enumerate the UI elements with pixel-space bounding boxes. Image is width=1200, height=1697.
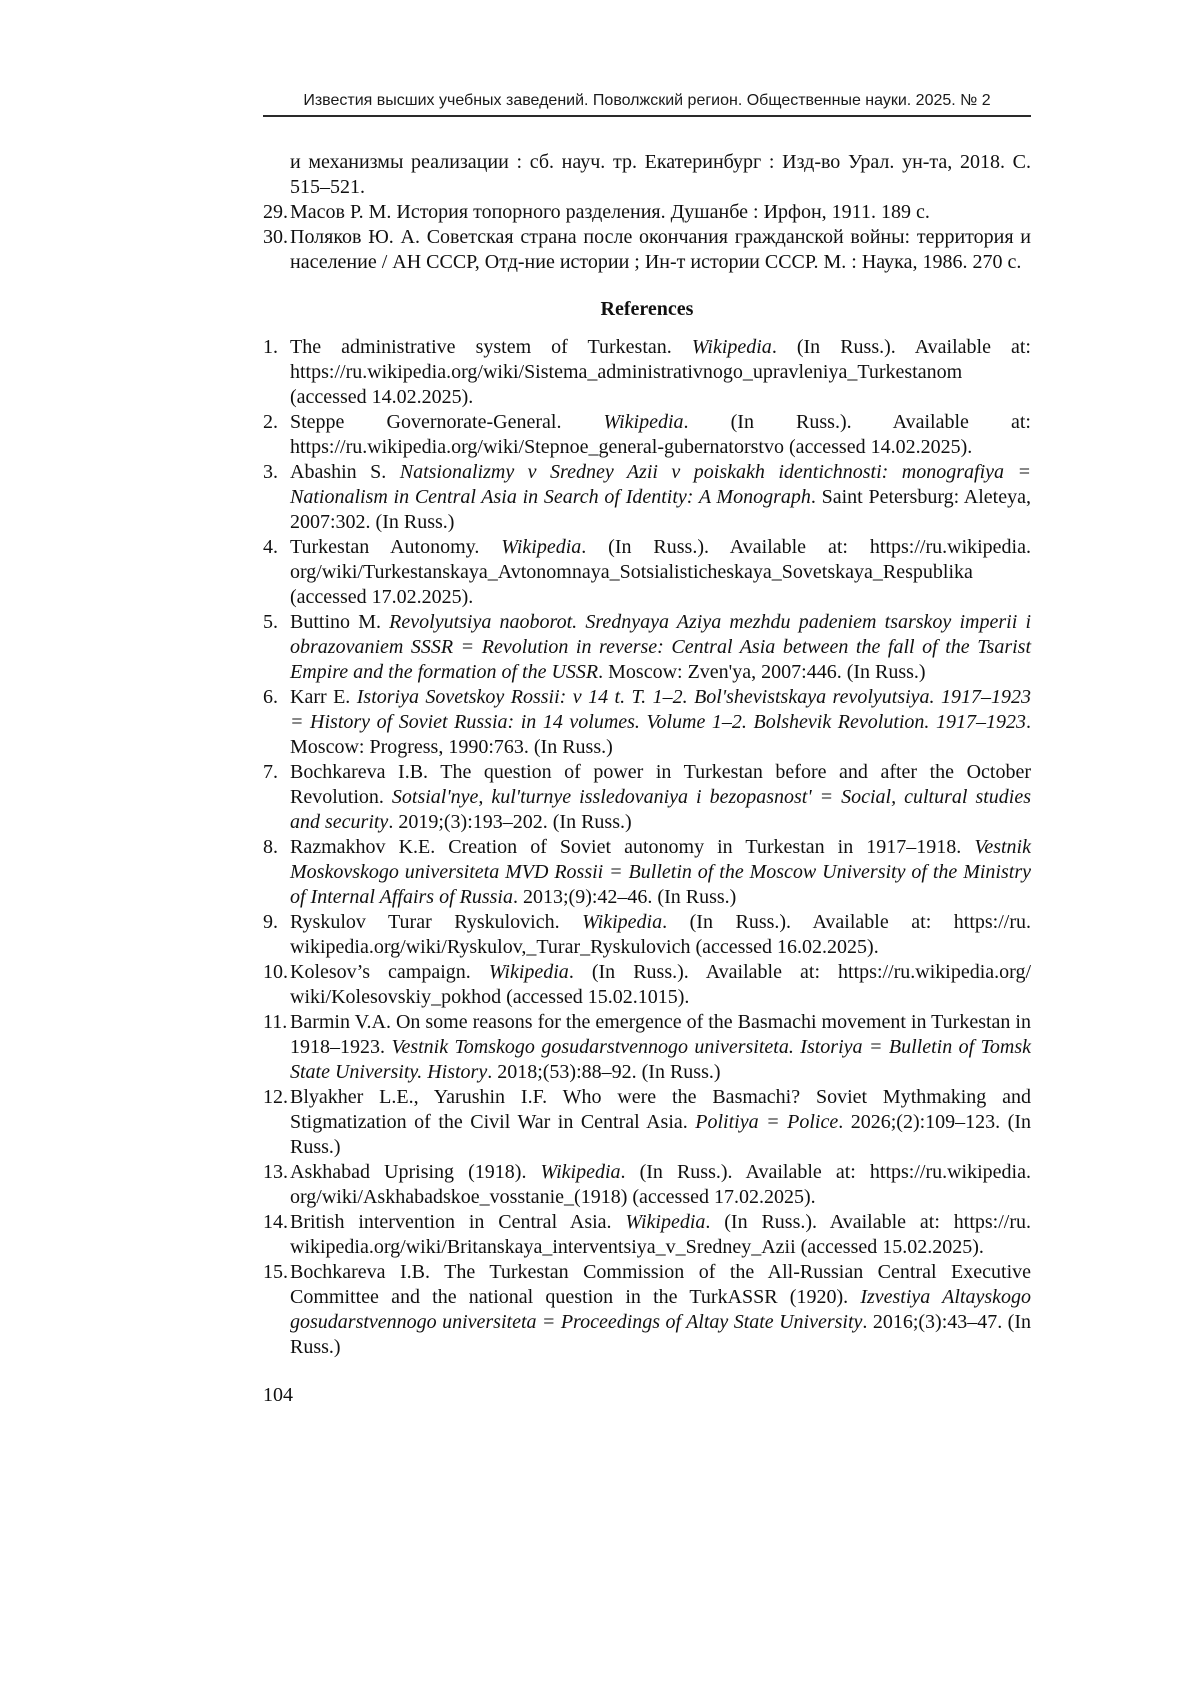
reference-text: Blyakher L.E., Yarushin I.F. Who were th… [290, 1086, 1031, 1158]
references-list: 1.The administrative system of Turkestan… [263, 335, 1031, 1360]
reference-text-segment: Масов Р. М. История топорного разделения… [290, 201, 930, 223]
reference-text: Askhabad Uprising (1918). Wikipedia. (In… [290, 1161, 1031, 1208]
reference-text: Масов Р. М. История топорного разделения… [290, 201, 930, 223]
reference-number: 14. [263, 1210, 288, 1235]
reference-number: 30. [263, 225, 288, 250]
reference-item: 4.Turkestan Autonomy. Wikipedia. (In Rus… [263, 535, 1031, 610]
reference-text-segment: The administrative system of Turkestan. [290, 336, 692, 358]
reference-text: Karr E. Istoriya Sovetskoy Rossii: v 14 … [290, 686, 1031, 758]
reference-text: The administrative system of Turkestan. … [290, 336, 1031, 408]
reference-item: 5.Buttino M. Revolyutsiya naoborot. Sred… [263, 610, 1031, 685]
reference-text-segment: Razmakhov K.E. Creation of Soviet autono… [290, 836, 974, 858]
reference-item: 1.The administrative system of Turkestan… [263, 335, 1031, 410]
reference-title-italic: Wikipedia [489, 961, 569, 983]
text-block: и механизмы реализации : сб. науч. тр. Е… [263, 150, 1031, 1408]
reference-item: 30.Поляков Ю. А. Советская страна после … [263, 225, 1031, 275]
reference-text: Steppe Governorate-General. Wikipedia. (… [290, 411, 1031, 458]
reference-number: 11. [263, 1010, 287, 1035]
reference-item: 11.Barmin V.A. On some reasons for the e… [263, 1010, 1031, 1085]
reference-number: 5. [263, 610, 278, 635]
reference-text-segment: Поляков Ю. А. Советская страна после око… [290, 226, 1031, 273]
bibliography-carryover-text: и механизмы реализации : сб. науч. тр. Е… [263, 150, 1031, 200]
page-number: 104 [263, 1383, 1031, 1408]
running-header: Известия высших учебных заведений. Повол… [263, 92, 1031, 117]
reference-text: Bochkareva I.B. The Turkestan Commission… [290, 1261, 1031, 1358]
reference-text: Kolesov’s campaign. Wikipedia. (In Russ.… [290, 961, 1031, 1008]
reference-item: 3.Abashin S. Natsionalizmy v Sredney Azi… [263, 460, 1031, 535]
reference-text-segment: . 2013;(9):42–46. (In Russ.) [513, 886, 736, 908]
reference-item: 13.Askhabad Uprising (1918). Wikipedia. … [263, 1160, 1031, 1210]
reference-text: Razmakhov K.E. Creation of Soviet autono… [290, 836, 1031, 908]
references-heading: References [263, 297, 1031, 322]
reference-title-italic: Politiya = Police [695, 1111, 838, 1133]
reference-item: 6.Karr E. Istoriya Sovetskoy Rossii: v 1… [263, 685, 1031, 760]
reference-number: 7. [263, 760, 278, 785]
reference-number: 13. [263, 1160, 288, 1185]
reference-item: 10.Kolesov’s campaign. Wikipedia. (In Ru… [263, 960, 1031, 1010]
reference-text-segment: Kolesov’s campaign. [290, 961, 489, 983]
reference-number: 29. [263, 200, 288, 225]
reference-number: 12. [263, 1085, 288, 1110]
russian-bibliography-list: 29.Масов Р. М. История топорного разделе… [263, 200, 1031, 275]
reference-text-segment: . Moscow: Zven'ya, 2007:446. (In Russ.) [598, 661, 925, 683]
reference-title-italic: Wikipedia [604, 411, 684, 433]
reference-text: Abashin S. Natsionalizmy v Sredney Azii … [290, 461, 1031, 533]
reference-number: 2. [263, 410, 278, 435]
reference-title-italic: Wikipedia [541, 1161, 621, 1183]
reference-text-segment: Karr E. [290, 686, 357, 708]
reference-text: Turkestan Autonomy. Wikipedia. (In Russ.… [290, 536, 1031, 608]
reference-title-italic: Wikipedia [501, 536, 581, 558]
reference-number: 1. [263, 335, 278, 360]
reference-item: 14.British intervention in Central Asia.… [263, 1210, 1031, 1260]
reference-number: 6. [263, 685, 278, 710]
reference-item: 9.Ryskulov Turar Ryskulovich. Wikipedia.… [263, 910, 1031, 960]
reference-text: Ryskulov Turar Ryskulovich. Wikipedia. (… [290, 911, 1031, 958]
reference-text: Поляков Ю. А. Советская страна после око… [290, 226, 1031, 273]
running-header-title: Известия высших учебных заведений. Повол… [303, 92, 990, 109]
journal-page: Известия высших учебных заведений. Повол… [0, 0, 1200, 1697]
reference-number: 9. [263, 910, 278, 935]
reference-title-italic: Wikipedia [625, 1211, 705, 1233]
reference-text-segment: . 2018;(53):88–92. (In Russ.) [487, 1061, 720, 1083]
reference-item: 8.Razmakhov K.E. Creation of Soviet auto… [263, 835, 1031, 910]
reference-item: 29.Масов Р. М. История топорного разделе… [263, 200, 1031, 225]
reference-item: 12.Blyakher L.E., Yarushin I.F. Who were… [263, 1085, 1031, 1160]
reference-number: 10. [263, 960, 288, 985]
reference-text-segment: Ryskulov Turar Ryskulovich. [290, 911, 582, 933]
reference-number: 4. [263, 535, 278, 560]
reference-text: Buttino M. Revolyutsiya naoborot. Sredny… [290, 611, 1031, 683]
reference-text-segment: British intervention in Central Asia. [290, 1211, 625, 1233]
reference-text-segment: Turkestan Autonomy. [290, 536, 501, 558]
reference-text-segment: Askhabad Uprising (1918). [290, 1161, 541, 1183]
reference-text-segment: Buttino M. [290, 611, 389, 633]
reference-number: 3. [263, 460, 278, 485]
reference-title-italic: Wikipedia [692, 336, 772, 358]
reference-text: Bochkareva I.B. The question of power in… [290, 761, 1031, 833]
reference-text: British intervention in Central Asia. Wi… [290, 1211, 1031, 1258]
reference-item: 15.Bochkareva I.B. The Turkestan Commiss… [263, 1260, 1031, 1360]
reference-text-segment: Abashin S. [290, 461, 400, 483]
reference-item: 7.Bochkareva I.B. The question of power … [263, 760, 1031, 835]
reference-number: 15. [263, 1260, 288, 1285]
reference-title-italic: Wikipedia [582, 911, 662, 933]
reference-text-segment: . 2019;(3):193–202. (In Russ.) [388, 811, 631, 833]
reference-text-segment: Steppe Governorate-General. [290, 411, 604, 433]
reference-item: 2.Steppe Governorate-General. Wikipedia.… [263, 410, 1031, 460]
reference-number: 8. [263, 835, 278, 860]
reference-text: Barmin V.A. On some reasons for the emer… [290, 1011, 1031, 1083]
reference-title-italic: Istoriya Sovetskoy Rossii: v 14 t. T. 1–… [290, 686, 1031, 733]
